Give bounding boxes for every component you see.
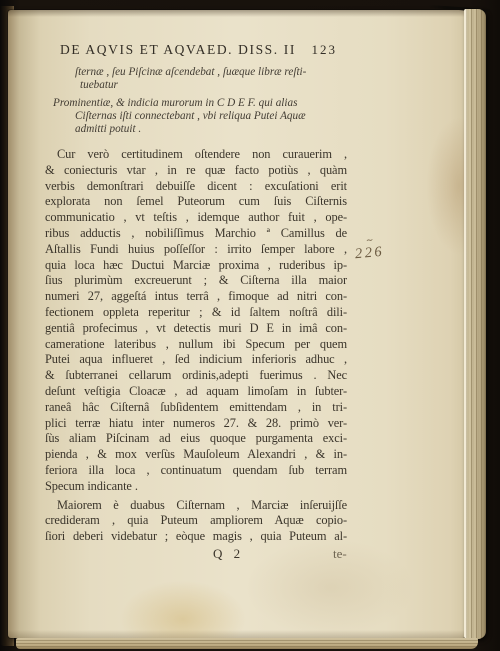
text-line: & coniecturis vtar , in re quæ facto pot… [45,163,347,179]
text-line: Putei aqua influeret , ſed indicium infe… [45,352,347,368]
text-line: fectionem oppleta reperitur ; & id ſalte… [45,305,347,321]
text-line: credideram , quia Puteum ampliorem Aquæ … [45,513,347,529]
handwritten-annotation: ∼ 226 [352,236,410,271]
text-line: ribus adductis , nobiliſſimus Marchio ª … [45,226,347,242]
signature-line: Q 2 te- [45,546,347,563]
text-line: admitti potuit . [45,123,347,136]
text-line: Specum indicante . [45,479,347,495]
page-number: 123 [312,42,338,58]
text-line: explorata non ſemel Puteorum cum ſuis Ci… [45,194,347,210]
text-line: ſiori deberi videbatur ; eòque magis , q… [45,529,347,545]
text-line: ſùs aliam Piſcinam ad eius quoque purgam… [45,431,347,447]
text-line: verbis demonſtrari debuiſſe dicent : exc… [45,179,347,195]
text-line: & ſubterranei cellarum ordinis,adepti fu… [45,368,347,384]
text-line: quia loca hæc Ductui Marciæ proxima , ru… [45,258,347,274]
catchword: te- [333,546,347,562]
note-block-prominentiae: Prominentiæ, & indicia murorum in C D E … [45,97,347,136]
text-line: tuebatur [45,79,347,92]
text-line: Ciſternas iſti connectebant , vbi reliqu… [45,110,347,123]
signature-mark: Q 2 [213,546,244,562]
text-line: numeri 27, aggeſtá intus terrâ , fimoque… [45,289,347,305]
text-column: DE AQVIS ET AQVAED. DISS. II 123 ſternæ … [45,10,347,563]
text-line: communicatio , vt teſtis , idemque autho… [45,210,347,226]
text-line: plici terræ hiatu inter numeros 27. & 28… [45,416,347,432]
running-header: DE AQVIS ET AQVAED. DISS. II 123 [45,42,347,58]
page-stack-bottom-edge [16,638,478,649]
book-page: DE AQVIS ET AQVAED. DISS. II 123 ſternæ … [8,10,468,638]
paragraph-2: Maiorem è duabus Ciſternam , Marciæ inſe… [45,498,347,545]
text-line: pienda , & mox verſùs Mauſoleum Alexandr… [45,447,347,463]
text-line: Maiorem è duabus Ciſternam , Marciæ inſe… [45,498,347,514]
book-photo: DE AQVIS ET AQVAED. DISS. II 123 ſternæ … [0,0,500,651]
text-line: feriora illa loca , continuatum quendam … [45,463,347,479]
text-line: gentiâ profecimus , vt detectis muri D E… [45,321,347,337]
text-line: Prominentiæ, & indicia murorum in C D E … [45,97,347,110]
text-line: deſunt veſtigia Cloacæ , ad aquam limoſa… [45,384,347,400]
note-block-sternae: ſternæ , ſeu Piſcinæ aſcendebat , ſuæque… [45,66,347,92]
header-title: DE AQVIS ET AQVAED. DISS. II [60,42,296,58]
text-line: raneâ hâc Ciſternâ ſubſidentem emittenda… [45,400,347,416]
text-line: Aſtallis Fundi huius poſſeſſor : irrito … [45,242,347,258]
text-line: ſius plurimùm excreuerunt ; & Ciſterna i… [45,273,347,289]
paragraph-1: Cur verò certitudinem oſtendere non cura… [45,147,347,495]
annotation-number: 226 [354,244,385,263]
page-stack-right-edge [464,9,486,639]
text-line: ſternæ , ſeu Piſcinæ aſcendebat , ſuæque… [45,66,347,79]
text-line: cameratione lateribus , nullum ibi Specu… [45,337,347,353]
text-line: Cur verò certitudinem oſtendere non cura… [45,147,347,163]
